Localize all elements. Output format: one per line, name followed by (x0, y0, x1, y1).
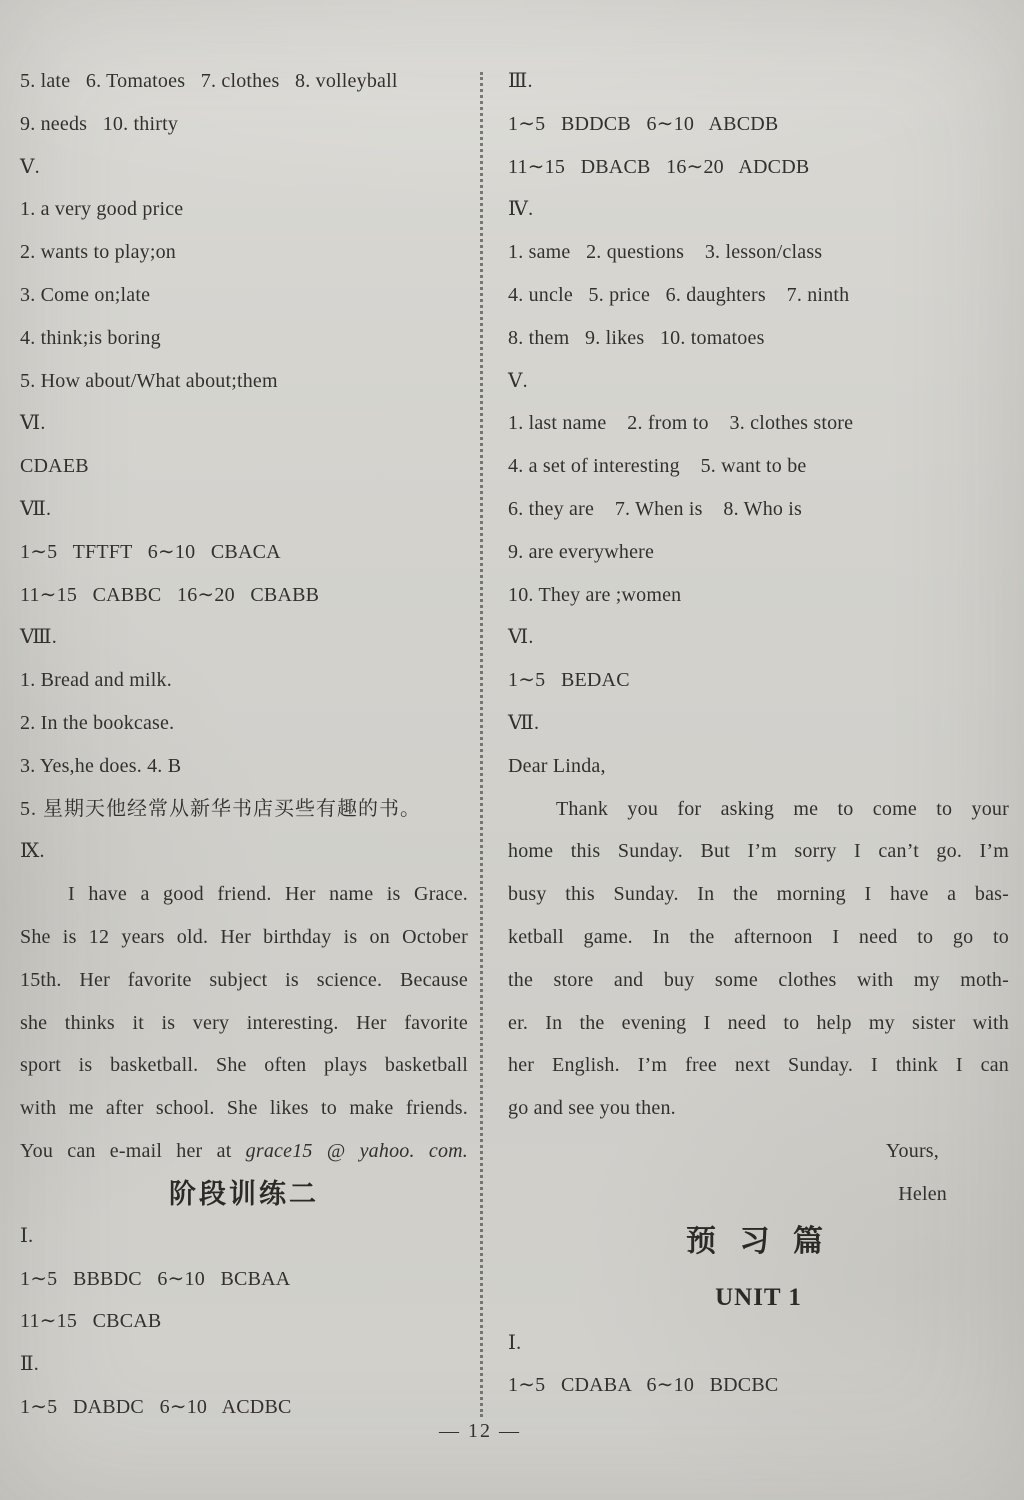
paragraph-line: She is 12 years old. Her birthday is on … (20, 916, 468, 959)
right-column: Ⅲ. 1∼5 BDDCB 6∼10 ABCDB 11∼15 DBACB 16∼2… (508, 60, 1009, 1407)
chinese-answer-line: 5. 星期天他经常从新华书店买些有趣的书。 (20, 788, 468, 831)
section-numeral: Ⅳ. (508, 188, 1009, 231)
left-column: 5. late 6. Tomatoes 7. clothes 8. volley… (20, 60, 468, 1429)
column-divider (480, 72, 483, 1417)
answer-line: 6. they are 7. When is 8. Who is (508, 488, 1009, 531)
answer-line: CDAEB (20, 445, 468, 488)
answer-line: 4. think;is boring (20, 317, 468, 360)
email-prefix-text: You can e-mail her at (20, 1140, 246, 1162)
section-numeral: Ⅴ. (20, 146, 468, 189)
answer-line: 1∼5 TFTFT 6∼10 CBACA (20, 531, 468, 574)
section-numeral: Ⅲ. (508, 60, 1009, 103)
answer-line: 11∼15 DBACB 16∼20 ADCDB (508, 146, 1009, 189)
answer-line: 1∼5 CDABA 6∼10 BDCBC (508, 1364, 1009, 1407)
section-numeral: Ⅷ. (20, 616, 468, 659)
signature-yours: Yours, (508, 1130, 1009, 1173)
letter-line: the store and buy some clothes with my m… (508, 959, 1009, 1002)
answer-line: 1. Bread and milk. (20, 659, 468, 702)
letter-line: er. In the evening I need to help my sis… (508, 1002, 1009, 1045)
answer-line: 4. uncle 5. price 6. daughters 7. ninth (508, 274, 1009, 317)
paragraph-line: 15th. Her favorite subject is science. B… (20, 959, 468, 1002)
unit-heading: UNIT 1 (508, 1274, 1009, 1322)
answer-line: 9. are everywhere (508, 531, 1009, 574)
answer-line: 1∼5 BEDAC (508, 659, 1009, 702)
section-numeral: Ⅶ. (508, 702, 1009, 745)
answer-line: 1∼5 BDDCB 6∼10 ABCDB (508, 103, 1009, 146)
section-numeral: Ⅶ. (20, 488, 468, 531)
section-numeral: Ⅵ. (508, 616, 1009, 659)
letter-line: her English. I’m free next Sunday. I thi… (508, 1044, 1009, 1087)
section-numeral: Ⅴ. (508, 360, 1009, 403)
paragraph-line: I have a good friend. Her name is Grace. (20, 873, 468, 916)
answer-line: 10. They are ;women (508, 574, 1009, 617)
paragraph-line: she thinks it is very interesting. Her f… (20, 1002, 468, 1045)
answer-line: 5. How about/What about;them (20, 360, 468, 403)
section-numeral: Ⅸ. (20, 830, 468, 873)
answer-line: 1. same 2. questions 3. lesson/class (508, 231, 1009, 274)
page-number: — 12 — (380, 1414, 580, 1448)
section-numeral: Ⅱ. (20, 1343, 468, 1386)
answer-line: 3. Come on;late (20, 274, 468, 317)
answer-line: 11∼15 CABBC 16∼20 CBABB (20, 574, 468, 617)
answer-line: 3. Yes,he does. 4. B (20, 745, 468, 788)
paragraph-line: sport is basketball. She often plays bas… (20, 1044, 468, 1087)
answer-line: 2. In the bookcase. (20, 702, 468, 745)
answer-key-page: 5. late 6. Tomatoes 7. clothes 8. volley… (0, 0, 1024, 1500)
answer-line: 9. needs 10. thirty (20, 103, 468, 146)
section-numeral: Ⅰ. (508, 1322, 1009, 1365)
letter-line: go and see you then. (508, 1087, 1009, 1130)
letter-line: ketball game. In the afternoon I need to… (508, 916, 1009, 959)
section-numeral: Ⅵ. (20, 402, 468, 445)
answer-line: 8. them 9. likes 10. tomatoes (508, 317, 1009, 360)
preview-section-heading: 预 习 篇 (508, 1216, 1009, 1268)
answer-line: 2. wants to play;on (20, 231, 468, 274)
answer-line: 1. last name 2. from to 3. clothes store (508, 402, 1009, 445)
answer-line: 5. late 6. Tomatoes 7. clothes 8. volley… (20, 60, 468, 103)
answer-line: 11∼15 CBCAB (20, 1300, 468, 1343)
paragraph-line: with me after school. She likes to make … (20, 1087, 468, 1130)
letter-salutation: Dear Linda, (508, 745, 1009, 788)
answer-line: 4. a set of interesting 5. want to be (508, 445, 1009, 488)
letter-line: Thank you for asking me to come to your (508, 788, 1009, 831)
stage-training-heading: 阶段训练二 (20, 1173, 468, 1215)
paragraph-line-email: You can e-mail her at grace15 @ yahoo. c… (20, 1130, 468, 1173)
section-numeral: Ⅰ. (20, 1215, 468, 1258)
email-address-text: grace15 @ yahoo. com. (246, 1140, 468, 1162)
answer-line: 1. a very good price (20, 188, 468, 231)
answer-line: 1∼5 BBBDC 6∼10 BCBAA (20, 1258, 468, 1301)
letter-line: home this Sunday. But I’m sorry I can’t … (508, 830, 1009, 873)
letter-line: busy this Sunday. In the morning I have … (508, 873, 1009, 916)
signature-name: Helen (508, 1173, 1009, 1216)
